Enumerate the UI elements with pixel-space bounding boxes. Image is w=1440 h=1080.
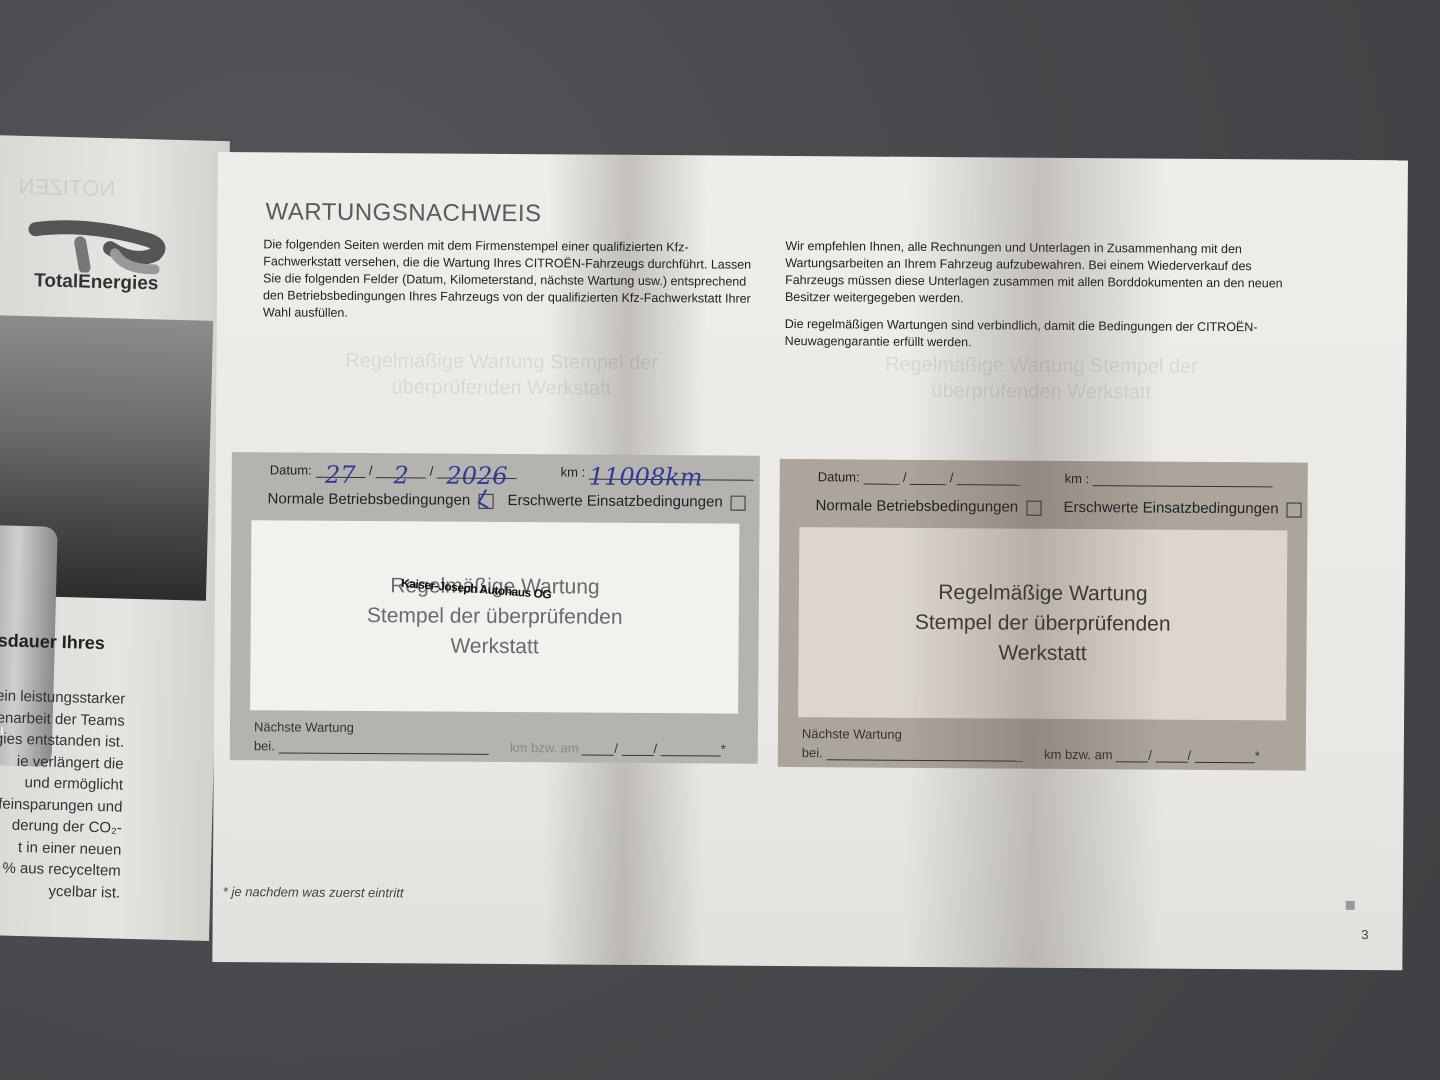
next-year-field[interactable]	[1195, 746, 1255, 763]
totalenergies-logo-icon	[24, 211, 176, 275]
next-day-field[interactable]	[582, 739, 614, 756]
bei-label: bei.	[254, 738, 275, 753]
stamp-placeholder-text: Regelmäßige Wartung Stempel der überprüf…	[915, 578, 1171, 670]
date-month-field[interactable]: 2	[376, 461, 426, 478]
date-year-field[interactable]: 2026	[437, 462, 517, 480]
left-page-body-line: t ein leistungsstarker	[0, 685, 126, 710]
ghost-stamp-text-left: Regelmäßige Wartung Stempel der überprüf…	[336, 348, 666, 402]
km-label: km :	[561, 464, 586, 479]
date-separator: /	[654, 741, 658, 756]
next-service-label: Nächste Wartung	[254, 718, 354, 736]
right-page: WARTUNGSNACHWEIS Die folgenden Seiten we…	[212, 152, 1408, 970]
stamp-area[interactable]: Regelmäßige Wartung Stempel der überprüf…	[798, 527, 1287, 720]
km-field[interactable]	[1093, 469, 1273, 487]
next-year-field[interactable]	[661, 739, 721, 756]
date-day-field[interactable]	[863, 468, 899, 485]
bei-label: bei.	[802, 745, 823, 760]
stamp-area[interactable]: Regelmäßige Wartung Stempel der überprüf…	[250, 520, 739, 713]
stamp-line-2: Stempel der überprüfenden	[915, 608, 1171, 640]
left-page-body-line: ie verlängert die	[0, 749, 124, 774]
datum-label: Datum:	[818, 469, 860, 484]
intro-right-paragraph-2: Die regelmäßigen Wartungen sind verbindl…	[785, 316, 1285, 353]
next-month-field[interactable]	[622, 739, 654, 756]
intro-left-text: Die folgenden Seiten werden mit dem Firm…	[263, 236, 754, 324]
date-day-field[interactable]: 27	[315, 461, 365, 478]
date-separator: /	[614, 741, 618, 756]
left-page-body-line: gies entstanden ist.	[0, 728, 124, 753]
date-separator: /	[1187, 748, 1191, 763]
km-label: km :	[1065, 471, 1090, 486]
intro-right-paragraph-1: Wir empfehlen Ihnen, alle Rechnungen und…	[785, 238, 1285, 309]
datum-label: Datum:	[270, 462, 312, 477]
page-title: WARTUNGSNACHWEIS	[265, 198, 541, 228]
km-or-date-label: km bzw. am	[510, 740, 579, 755]
stamp-line-3: Werkstatt	[367, 631, 623, 663]
ghost-stamp-text-right: Regelmäßige Wartung Stempel der überprüf…	[876, 352, 1206, 406]
next-service-label: Nächste Wartung	[802, 725, 902, 743]
left-page-body: t ein leistungsstarkernenarbeit der Team…	[0, 685, 126, 904]
date-km-row: Datum: / / km :	[818, 467, 1273, 487]
product-photo: 5L	[0, 315, 213, 601]
left-page: NOTIZEN TotalEnergies 5L ensdauer Ihres …	[0, 135, 230, 941]
next-day-field[interactable]	[1116, 745, 1148, 762]
left-page-body-line: % aus recyceltem	[0, 857, 121, 882]
next-service-row: bei. km bzw. am / / *	[802, 743, 1292, 763]
left-page-body-line: nenarbeit der Teams	[0, 706, 125, 731]
next-service-km-field[interactable]	[826, 743, 1022, 761]
ghost-notizen-heading: NOTIZEN	[18, 174, 115, 203]
left-page-body-line: feinsparungen und	[0, 792, 123, 817]
date-separator: /	[369, 463, 373, 478]
normal-conditions-label: Normale Betriebsbedingungen	[815, 497, 1018, 515]
severe-conditions-label: Erschwerte Einsatzbedingungen	[1063, 499, 1278, 518]
normal-conditions-checkbox[interactable]	[478, 493, 493, 508]
service-record-card-1: Datum: 27 / 2 / 2026 km : 11008km Normal…	[230, 452, 760, 764]
severe-conditions-label: Erschwerte Einsatzbedingungen	[507, 492, 722, 511]
asterisk: *	[1255, 748, 1260, 763]
date-year-field[interactable]	[957, 468, 1021, 485]
stamp-line-1: Regelmäßige Wartung	[915, 578, 1171, 610]
left-page-body-line: t in einer neuen	[0, 835, 122, 860]
next-month-field[interactable]	[1155, 746, 1187, 763]
intro-right-text: Wir empfehlen Ihnen, alle Rechnungen und…	[785, 238, 1286, 363]
conditions-row: Normale Betriebsbedingungen Erschwerte E…	[268, 490, 750, 510]
normal-conditions-label: Normale Betriebsbedingungen	[268, 490, 471, 508]
asterisk: *	[721, 742, 726, 757]
next-service-km-field[interactable]	[278, 736, 488, 754]
severe-conditions-checkbox[interactable]	[1287, 502, 1302, 517]
severe-conditions-checkbox[interactable]	[731, 495, 746, 510]
normal-conditions-checkbox[interactable]	[1026, 500, 1041, 515]
left-page-body-line: derung der CO₂-	[0, 814, 122, 839]
page-number: 3	[1361, 927, 1368, 942]
date-separator: /	[903, 470, 907, 485]
date-separator: /	[430, 463, 434, 478]
stamp-line-2: Stempel der überprüfenden	[367, 601, 623, 633]
km-field[interactable]: 11008km	[589, 463, 754, 481]
date-separator: /	[950, 470, 954, 485]
stamp-line-3: Werkstatt	[915, 638, 1171, 670]
brand-name: TotalEnergies	[34, 270, 159, 295]
date-month-field[interactable]	[910, 468, 946, 485]
date-km-row: Datum: 27 / 2 / 2026 km : 11008km	[270, 460, 754, 480]
left-page-heading: ensdauer Ihres	[0, 630, 105, 654]
left-page-body-line: ycelbar ist.	[0, 878, 120, 903]
left-page-body-line: und ermöglicht	[0, 771, 123, 796]
next-service-row: bei. km bzw. am / / *	[254, 736, 744, 756]
km-or-date-label: km bzw. am	[1044, 747, 1113, 762]
page-marker-square	[1346, 901, 1355, 910]
date-separator: /	[1148, 748, 1152, 763]
service-record-card-2: Datum: / / km : Normale Betriebsbedingun…	[778, 459, 1308, 771]
conditions-row: Normale Betriebsbedingungen Erschwerte E…	[815, 497, 1305, 517]
footnote: * je nachdem was zuerst eintritt	[223, 884, 404, 900]
